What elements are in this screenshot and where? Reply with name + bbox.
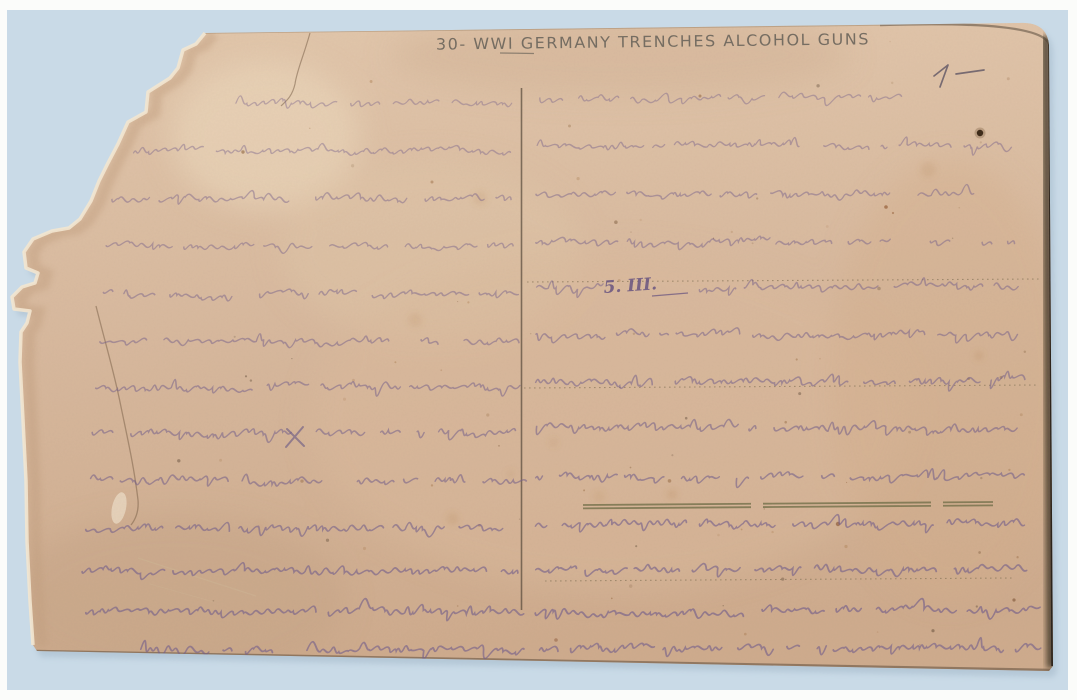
- photo-stage: 30- WWI GERMANY TRENCHES ALCOHOL GUNS 5.…: [0, 0, 1077, 700]
- postcard-scan: 30- WWI GERMANY TRENCHES ALCOHOL GUNS 5.…: [0, 0, 1077, 700]
- postcard: 30- WWI GERMANY TRENCHES ALCOHOL GUNS 5.…: [0, 0, 1077, 700]
- date-fragment: 5. III.: [603, 274, 658, 298]
- annotation-underline: [500, 53, 534, 54]
- paper-aging: [0, 0, 1077, 700]
- paper-grain: [0, 0, 1077, 700]
